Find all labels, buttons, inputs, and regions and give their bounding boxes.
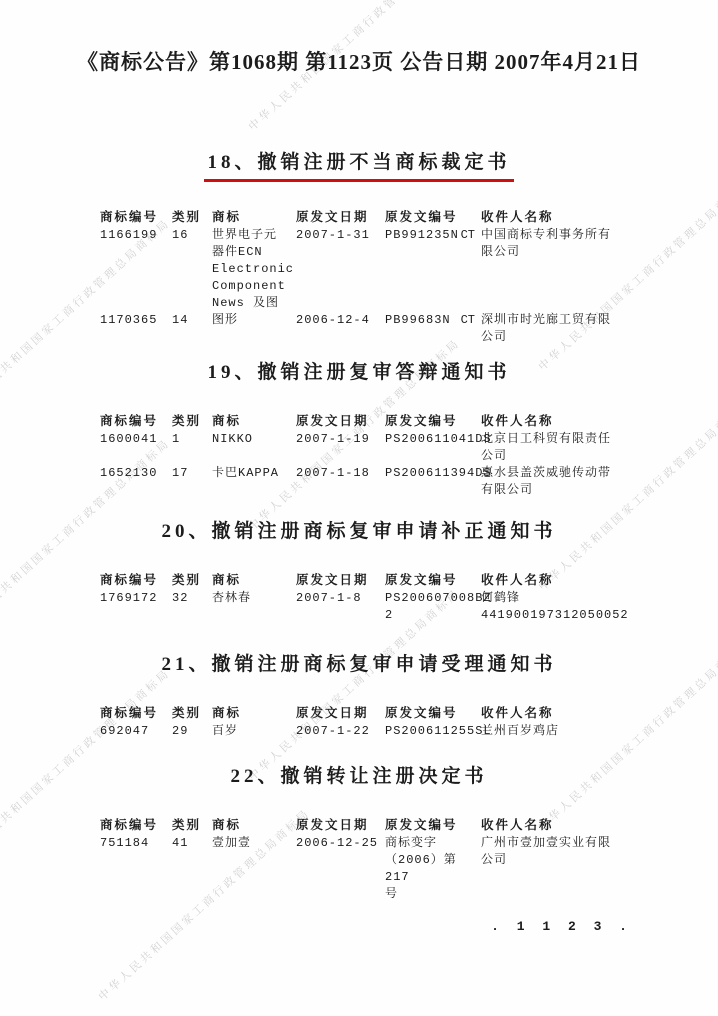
table-row: 1769172 32 杏林春 2007-1-8 PS200607008BZ 2 … [100, 590, 644, 624]
section-21-table: 商标编号 类别 商标 原发文日期 原发文编号 收件人名称 692047 29 百… [100, 706, 644, 740]
doc-no-cell: PS200607008BZ 2 [385, 590, 481, 624]
section-18-title-text: 18、撤销注册不当商标裁定书 [204, 150, 513, 182]
issue-date-cell: 2007-1-22 [296, 723, 385, 740]
col-header-mark: 商标 [212, 818, 296, 835]
class-cell: 41 [172, 835, 212, 903]
reg-no-cell: 1166199 [100, 227, 172, 312]
section-20-title-text: 20、撤销注册商标复审申请补正通知书 [158, 519, 559, 545]
mark-cell: 卡巴KAPPA [212, 465, 296, 499]
reg-no-cell: 751184 [100, 835, 172, 903]
col-header-doc-no: 原发文编号 [385, 210, 481, 227]
col-header-class: 类别 [172, 414, 212, 431]
section-22-title-text: 22、撤销转让注册决定书 [227, 764, 490, 790]
section-18-table: 商标编号 类别 商标 原发文日期 原发文编号 收件人名称 1166199 16 … [100, 210, 644, 346]
doc-no-cell: PS200611255SL [385, 723, 481, 740]
class-cell: 29 [172, 723, 212, 740]
col-header-mark: 商标 [212, 414, 296, 431]
col-header-class: 类别 [172, 706, 212, 723]
col-header-recipient: 收件人名称 [481, 210, 644, 227]
col-header-class: 类别 [172, 210, 212, 227]
col-header-reg-no: 商标编号 [100, 706, 172, 723]
doc-no: 商标变字 （2006）第217 号 [385, 836, 457, 901]
col-header-mark: 商标 [212, 573, 296, 590]
doc-no: PS200611394DS [385, 466, 492, 480]
recipient-cell: 北京日工科贸有限责任 公司 [481, 431, 644, 465]
doc-no: PS200607008BZ 2 [385, 591, 492, 622]
col-header-recipient: 收件人名称 [481, 573, 644, 590]
col-header-issue-date: 原发文日期 [296, 573, 385, 590]
doc-no-suffix: CT [461, 227, 475, 244]
col-header-class: 类别 [172, 573, 212, 590]
doc-no-suffix: CT [461, 312, 475, 329]
doc-no: PB991235N [385, 228, 459, 242]
issue-date-cell: 2007-1-8 [296, 590, 385, 624]
doc-no-cell: PB99683NCT [385, 312, 481, 346]
col-header-doc-no: 原发文编号 [385, 818, 481, 835]
col-header-reg-no: 商标编号 [100, 414, 172, 431]
col-header-reg-no: 商标编号 [100, 210, 172, 227]
section-20-title: 20、撤销注册商标复审申请补正通知书 [0, 519, 718, 545]
issue-date-cell: 2007-1-31 [296, 227, 385, 312]
gazette-header: 《商标公告》第1068期 第1123页 公告日期 2007年4月21日 [0, 0, 718, 76]
col-header-mark: 商标 [212, 210, 296, 227]
table-row: 1652130 17 卡巴KAPPA 2007-1-18 PS200611394… [100, 465, 644, 499]
col-header-issue-date: 原发文日期 [296, 414, 385, 431]
doc-no-cell: PS200611394DS [385, 465, 481, 499]
gazette-page: 中华人民共和国国家工商行政管理总局商标局 中华人民共和国国家工商行政管理总局商标… [0, 0, 718, 1016]
reg-no-cell: 1652130 [100, 465, 172, 499]
table-row: 692047 29 百岁 2007-1-22 PS200611255SL 兰州百… [100, 723, 644, 740]
section-19-title: 19、撤销注册复审答辩通知书 [0, 360, 718, 386]
mark-cell: NIKKO [212, 431, 296, 465]
section-19-table: 商标编号 类别 商标 原发文日期 原发文编号 收件人名称 1600041 1 N… [100, 414, 644, 499]
section-19-title-text: 19、撤销注册复审答辩通知书 [204, 360, 513, 386]
col-header-mark: 商标 [212, 706, 296, 723]
table-header-row: 商标编号 类别 商标 原发文日期 原发文编号 收件人名称 [100, 414, 644, 431]
reg-no-cell: 1769172 [100, 590, 172, 624]
mark-cell: 壹加壹 [212, 835, 296, 903]
reg-no-cell: 1170365 [100, 312, 172, 346]
issue-date-cell: 2007-1-19 [296, 431, 385, 465]
section-21-title: 21、撤销注册商标复审申请受理通知书 [0, 652, 718, 678]
doc-no: PB99683N [385, 313, 451, 327]
mark-cell: 世界电子元 器件ECN Electronic Component News 及图 [212, 227, 296, 312]
table-row: 1600041 1 NIKKO 2007-1-19 PS200611041DS … [100, 431, 644, 465]
doc-no: PS200611041DS [385, 432, 492, 446]
table-header-row: 商标编号 类别 商标 原发文日期 原发文编号 收件人名称 [100, 818, 644, 835]
col-header-recipient: 收件人名称 [481, 706, 644, 723]
recipient-cell: 何鹤锋 441900197312050052 [481, 590, 644, 624]
recipient-cell: 广州市壹加壹实业有限 公司 [481, 835, 644, 903]
table-header-row: 商标编号 类别 商标 原发文日期 原发文编号 收件人名称 [100, 210, 644, 227]
mark-cell: 百岁 [212, 723, 296, 740]
col-header-issue-date: 原发文日期 [296, 818, 385, 835]
col-header-doc-no: 原发文编号 [385, 414, 481, 431]
doc-no: PS200611255SL [385, 724, 492, 738]
table-row: 1170365 14 图形 2006-12-4 PB99683NCT 深圳市时光… [100, 312, 644, 346]
reg-no-cell: 1600041 [100, 431, 172, 465]
class-cell: 1 [172, 431, 212, 465]
table-row: 1166199 16 世界电子元 器件ECN Electronic Compon… [100, 227, 644, 312]
section-22-table: 商标编号 类别 商标 原发文日期 原发文编号 收件人名称 751184 41 壹… [100, 818, 644, 903]
doc-no-cell: PS200611041DS [385, 431, 481, 465]
col-header-reg-no: 商标编号 [100, 818, 172, 835]
mark-cell: 杏林春 [212, 590, 296, 624]
recipient-cell: 中国商标专利事务所有 限公司 [481, 227, 644, 312]
section-21-title-text: 21、撤销注册商标复审申请受理通知书 [158, 652, 559, 678]
table-header-row: 商标编号 类别 商标 原发文日期 原发文编号 收件人名称 [100, 573, 644, 590]
doc-no-cell: PB991235NCT [385, 227, 481, 312]
mark-cell: 图形 [212, 312, 296, 346]
col-header-reg-no: 商标编号 [100, 573, 172, 590]
recipient-cell: 深圳市时光廊工贸有限 公司 [481, 312, 644, 346]
issue-date-cell: 2006-12-4 [296, 312, 385, 346]
col-header-doc-no: 原发文编号 [385, 573, 481, 590]
issue-date-cell: 2007-1-18 [296, 465, 385, 499]
class-cell: 16 [172, 227, 212, 312]
doc-no-cell: 商标变字 （2006）第217 号 [385, 835, 481, 903]
col-header-issue-date: 原发文日期 [296, 210, 385, 227]
recipient-cell: 兰州百岁鸡店 [481, 723, 644, 740]
col-header-class: 类别 [172, 818, 212, 835]
class-cell: 32 [172, 590, 212, 624]
class-cell: 17 [172, 465, 212, 499]
col-header-issue-date: 原发文日期 [296, 706, 385, 723]
section-18-title: 18、撤销注册不当商标裁定书 [0, 150, 718, 182]
issue-date-cell: 2006-12-25 [296, 835, 385, 903]
col-header-recipient: 收件人名称 [481, 818, 644, 835]
table-header-row: 商标编号 类别 商标 原发文日期 原发文编号 收件人名称 [100, 706, 644, 723]
class-cell: 14 [172, 312, 212, 346]
section-22-title: 22、撤销转让注册决定书 [0, 764, 718, 790]
section-20-table: 商标编号 类别 商标 原发文日期 原发文编号 收件人名称 1769172 32 … [100, 573, 644, 624]
col-header-doc-no: 原发文编号 [385, 706, 481, 723]
recipient-cell: 惠水县盖茨威驰传动带 有限公司 [481, 465, 644, 499]
reg-no-cell: 692047 [100, 723, 172, 740]
col-header-recipient: 收件人名称 [481, 414, 644, 431]
page-number: . 1 1 2 3 . [0, 919, 718, 934]
table-row: 751184 41 壹加壹 2006-12-25 商标变字 （2006）第217… [100, 835, 644, 903]
